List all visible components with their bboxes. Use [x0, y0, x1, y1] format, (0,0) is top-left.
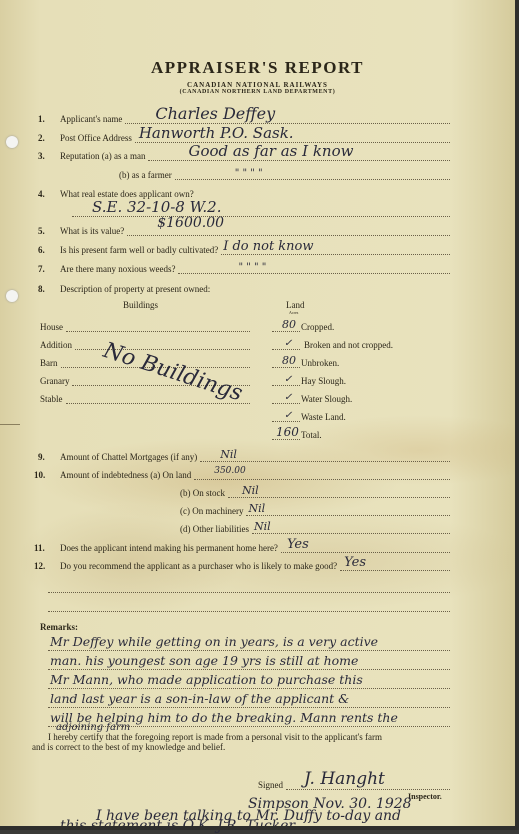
building-label: Stable [40, 394, 66, 404]
remarks-line[interactable]: man. his youngest son age 19 yrs is stil… [48, 651, 450, 670]
answer-handwriting: " " " " [238, 262, 266, 273]
question-label: Is his present farm well or badly cultiv… [60, 245, 221, 255]
building-label: Barn [40, 358, 61, 368]
question-label: (b) as a farmer [119, 170, 175, 180]
question-label: Are there many noxious weeds? [60, 264, 178, 274]
remarks-handwriting: man. his youngest son age 19 yrs is stil… [50, 653, 358, 668]
question-reputation-man: 3. Reputation (a) as a man Good as far a… [38, 145, 450, 161]
land-row-unbroken: 80 Unbroken. [272, 354, 339, 368]
question-number: 6. [38, 245, 60, 255]
land-label: Unbroken. [300, 358, 339, 368]
question-label: What is its value? [60, 226, 127, 236]
land-label: Hay Slough. [300, 376, 346, 386]
question-number: 11. [34, 543, 60, 553]
answer-field-real-estate[interactable]: S.E. 32-10-8 W.2. [72, 207, 450, 217]
answer-field-value[interactable]: $1600.00 [127, 226, 450, 236]
land-value: ✓ [284, 410, 292, 421]
remarks-label: Remarks: [40, 622, 78, 632]
question-indebtedness-land: 10. Amount of indebtedness (a) On land 3… [34, 464, 450, 480]
question-indebtedness-machinery: (c) On machinery Nil [180, 500, 450, 516]
question-number: 10. [34, 470, 60, 480]
question-label: Do you recommend the applicant as a purc… [60, 561, 340, 571]
remarks-line[interactable]: Mr Deffey while getting on in years, is … [48, 632, 450, 651]
question-number: 5. [38, 226, 60, 236]
question-post-office: 2. Post Office Address Hanworth P.O. Sas… [38, 127, 450, 143]
buildings-header: Buildings [123, 300, 158, 310]
question-number: 3. [38, 151, 60, 161]
answer-field-recommend[interactable]: Yes [340, 561, 450, 571]
answer-handwriting: Nil [242, 484, 259, 497]
land-row-waste-land: ✓ Waste Land. [272, 408, 346, 422]
building-label: Granary [40, 376, 72, 386]
question-value: 5. What is its value? $1600.00 [38, 220, 450, 236]
answer-field-cultivation[interactable]: I do not know [221, 245, 450, 255]
land-value: 160 [276, 425, 299, 439]
remarks-handwriting: Mr Deffey while getting on in years, is … [50, 634, 378, 649]
answer-field-reputation-man[interactable]: Good as far as I know [148, 151, 450, 161]
org-department: (CANADIAN NORTHERN LAND DEPARTMENT) [0, 89, 515, 95]
land-field-total[interactable]: 160 [272, 430, 300, 440]
remarks-line[interactable]: Mr Mann, who made application to purchas… [48, 670, 450, 689]
answer-field-indebtedness-land[interactable]: 350.00 [194, 470, 450, 480]
question-chattel-mortgages: 9. Amount of Chattel Mortgages (if any) … [38, 446, 450, 462]
question-label: Amount of indebtedness (a) On land [60, 470, 194, 480]
answer-handwriting: Nil [248, 502, 265, 515]
land-unit: Acres [289, 310, 298, 315]
answer-field-indebtedness-stock[interactable]: Nil [228, 488, 450, 498]
inspector-signature: J. Hanght [304, 769, 385, 789]
land-field-waste-land[interactable]: ✓ [272, 412, 300, 422]
question-reputation-farmer: (b) as a farmer " " " " [119, 164, 450, 180]
question-number: 8. [38, 284, 60, 294]
appraiser-report-page: APPRAISER'S REPORT CANADIAN NATIONAL RAI… [0, 0, 515, 826]
answer-handwriting: Nil [220, 448, 237, 461]
question-cultivation: 6. Is his present farm well or badly cul… [38, 239, 450, 255]
question-real-estate: 4. What real estate does applicant own? [38, 183, 450, 199]
land-label: Broken and not cropped. [300, 340, 393, 350]
answer-field-noxious-weeds[interactable]: " " " " [178, 264, 450, 274]
question-label: Applicant's name [60, 114, 125, 124]
land-field-water-slough[interactable]: ✓ [272, 394, 300, 404]
land-label: Total. [300, 430, 322, 440]
question-permanent-home: 11. Does the applicant intend making his… [34, 537, 450, 553]
answer-handwriting: Charles Deffey [155, 104, 275, 123]
question-applicant-name: 1. Applicant's name Charles Deffey [38, 108, 450, 124]
land-row-cropped: 80 Cropped. [272, 318, 334, 332]
answer-handwriting: 350.00 [214, 466, 246, 476]
answer-field-indebtedness-machinery[interactable]: Nil [246, 506, 450, 516]
land-row-water-slough: ✓ Water Slough. [272, 390, 352, 404]
question-number: 12. [34, 561, 60, 571]
answer-handwriting: " " " " [235, 168, 263, 179]
land-value: ✓ [284, 338, 292, 349]
land-field-cropped[interactable]: 80 [272, 322, 300, 332]
scan-edge-bottom [0, 826, 519, 830]
land-row-hay-slough: ✓ Hay Slough. [272, 372, 346, 386]
answer-field-reputation-farmer[interactable]: " " " " [175, 170, 450, 180]
question-label: Post Office Address [60, 133, 135, 143]
answer-field-chattel-mortgages[interactable]: Nil [200, 452, 450, 462]
certification-statement: I hereby certify that the foregoing repo… [32, 732, 457, 752]
building-label: House [40, 322, 66, 332]
land-field-unbroken[interactable]: 80 [272, 358, 300, 368]
question-label: (c) On machinery [180, 506, 246, 516]
land-row-total: 160 Total. [272, 426, 322, 440]
land-value: ✓ [284, 392, 292, 403]
question-number: 4. [38, 189, 60, 199]
land-field-broken-not-cropped[interactable]: ✓ [272, 340, 300, 350]
blank-line[interactable] [48, 593, 450, 612]
land-value: 80 [282, 318, 296, 331]
signature-field[interactable]: J. Hanght [286, 780, 450, 790]
remarks-handwriting: land last year is a son-in-law of the ap… [50, 691, 349, 706]
blank-line[interactable] [48, 574, 450, 593]
question-other-liabilities: (d) Other liabilities Nil [180, 518, 450, 534]
question-indebtedness-stock: (b) On stock Nil [180, 482, 450, 498]
question-noxious-weeds: 7. Are there many noxious weeds? " " " " [38, 258, 450, 274]
answer-field-applicant-name[interactable]: Charles Deffey [125, 114, 450, 124]
question-label: Does the applicant intend making his per… [60, 543, 281, 553]
org-name: CANADIAN NATIONAL RAILWAYS [0, 81, 515, 89]
building-field-addition[interactable] [75, 340, 250, 350]
land-label: Cropped. [300, 322, 334, 332]
building-label: Addition [40, 340, 75, 350]
answer-handwriting: Good as far as I know [188, 142, 353, 160]
punch-hole-middle [6, 290, 18, 302]
answer-handwriting: Yes [344, 555, 366, 570]
question-number: 2. [38, 133, 60, 143]
inspector-label: Inspector. [408, 792, 442, 801]
land-row-broken-not-cropped: ✓ Broken and not cropped. [272, 336, 393, 350]
certification-line-2: and is correct to the best of my knowled… [32, 742, 457, 752]
answer-handwriting: Nil [254, 520, 271, 533]
land-value: ✓ [284, 374, 292, 385]
land-header: Land [286, 300, 305, 310]
building-field-house[interactable] [66, 322, 250, 332]
page-title: APPRAISER'S REPORT [0, 58, 515, 78]
answer-handwriting: I do not know [223, 239, 313, 254]
answer-handwriting: S.E. 32-10-8 W.2. [92, 198, 222, 216]
question-label: (d) Other liabilities [180, 524, 252, 534]
punch-hole-top [6, 136, 18, 148]
answer-field-other-liabilities[interactable]: Nil [252, 524, 450, 534]
land-field-hay-slough[interactable]: ✓ [272, 376, 300, 386]
scan-edge-right [515, 0, 519, 830]
answer-row-real-estate: S.E. 32-10-8 W.2. [72, 201, 450, 217]
answer-field-permanent-home[interactable]: Yes [281, 543, 450, 553]
question-property-description: 8. Description of property at present ow… [38, 278, 450, 294]
answer-handwriting: Yes [287, 537, 309, 552]
building-row-addition: Addition [40, 336, 250, 350]
signed-label: Signed [258, 780, 286, 790]
answer-handwriting: $1600.00 [157, 215, 224, 231]
question-number: 9. [38, 452, 60, 462]
land-value: 80 [282, 354, 296, 367]
land-label: Water Slough. [300, 394, 352, 404]
land-label: Waste Land. [300, 412, 346, 422]
remarks-handwriting: Mr Mann, who made application to purchas… [50, 672, 363, 687]
question-number: 1. [38, 114, 60, 124]
building-row-house: House [40, 318, 250, 332]
question-label: (b) On stock [180, 488, 228, 498]
remarks-line[interactable]: land last year is a son-in-law of the ap… [48, 689, 450, 708]
question-label: Amount of Chattel Mortgages (if any) [60, 452, 200, 462]
question-label: Description of property at present owned… [60, 284, 213, 294]
answer-handwriting: Hanworth P.O. Sask. [139, 124, 294, 142]
signature-row: Signed J. Hanght [258, 774, 450, 790]
fold-line [0, 424, 20, 425]
question-recommend: 12. Do you recommend the applicant as a … [34, 555, 450, 571]
question-number: 7. [38, 264, 60, 274]
certification-line-1: I hereby certify that the foregoing repo… [32, 732, 457, 742]
question-label: Reputation (a) as a man [60, 151, 148, 161]
